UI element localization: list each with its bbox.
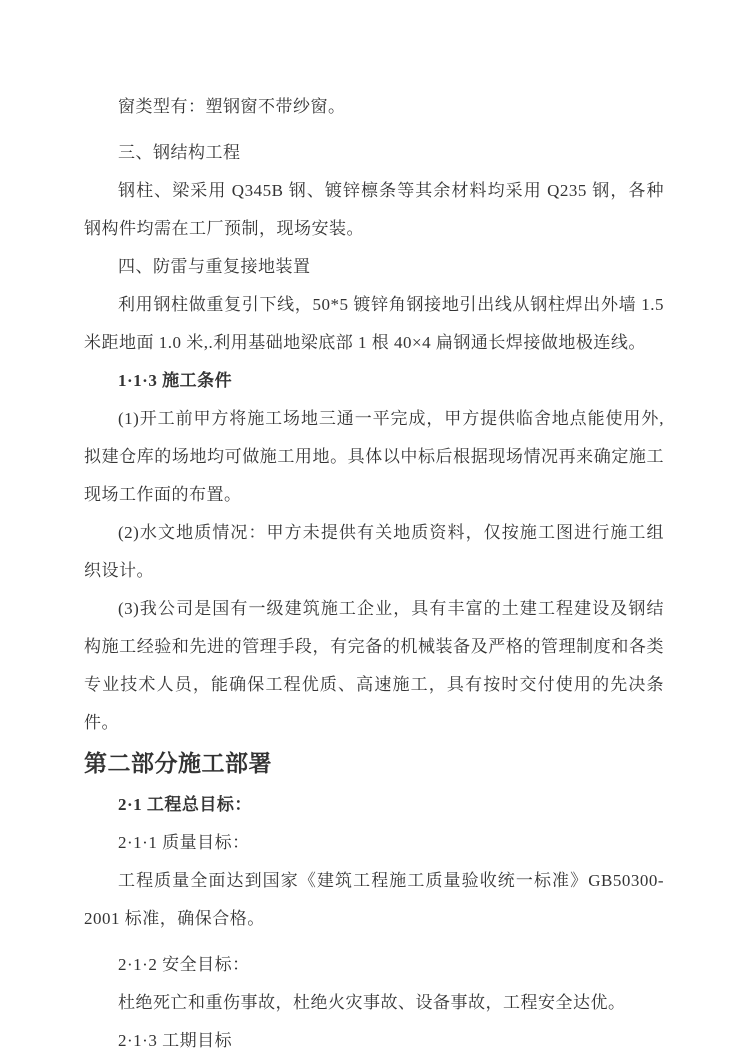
heading-2-1-overall-goals: 2·1 工程总目标： (84, 786, 664, 824)
para-condition-1: (1)开工前甲方将施工场地三通一平完成，甲方提供临舍地点能使用外,拟建仓库的场地… (84, 400, 664, 514)
para-condition-2: (2)水文地质情况：甲方未提供有关地质资料，仅按施工图进行施工组织设计。 (84, 514, 664, 590)
para-safety-details: 杜绝死亡和重伤事故，杜绝火灾事故、设备事故，工程安全达优。 (84, 984, 664, 1022)
para-window-type: 窗类型有：塑钢窗不带纱窗。 (84, 88, 664, 126)
heading-2-1-3-schedule-goal: 2·1·3 工期目标 (84, 1022, 664, 1052)
para-quality-standard: 工程质量全面达到国家《建筑工程施工质量验收统一标准》GB50300-2001 标… (84, 862, 664, 938)
para-grounding-details: 利用钢柱做重复引下线，50*5 镀锌角钢接地引出线从钢柱焊出外墙 1.5 米距地… (84, 286, 664, 362)
heading-section-4-lightning-grounding: 四、防雷与重复接地装置 (84, 248, 664, 286)
heading-2-1-2-safety-goal: 2·1·2 安全目标： (84, 946, 664, 984)
heading-2-1-1-quality-goal: 2·1·1 质量目标： (84, 824, 664, 862)
para-steel-materials: 钢柱、梁采用 Q345B 钢、镀锌檩条等其余材料均采用 Q235 钢，各种钢构件… (84, 172, 664, 248)
document-page: 窗类型有：塑钢窗不带纱窗。 三、钢结构工程 钢柱、梁采用 Q345B 钢、镀锌檩… (0, 0, 744, 1052)
heading-section-3-steel-structure: 三、钢结构工程 (84, 134, 664, 172)
title-part-2-construction-deployment: 第二部分施工部署 (84, 742, 664, 786)
para-condition-3: (3)我公司是国有一级建筑施工企业，具有丰富的土建工程建设及钢结构施工经验和先进… (84, 590, 664, 742)
heading-1-1-3-construction-conditions: 1·1·3 施工条件 (84, 362, 664, 400)
